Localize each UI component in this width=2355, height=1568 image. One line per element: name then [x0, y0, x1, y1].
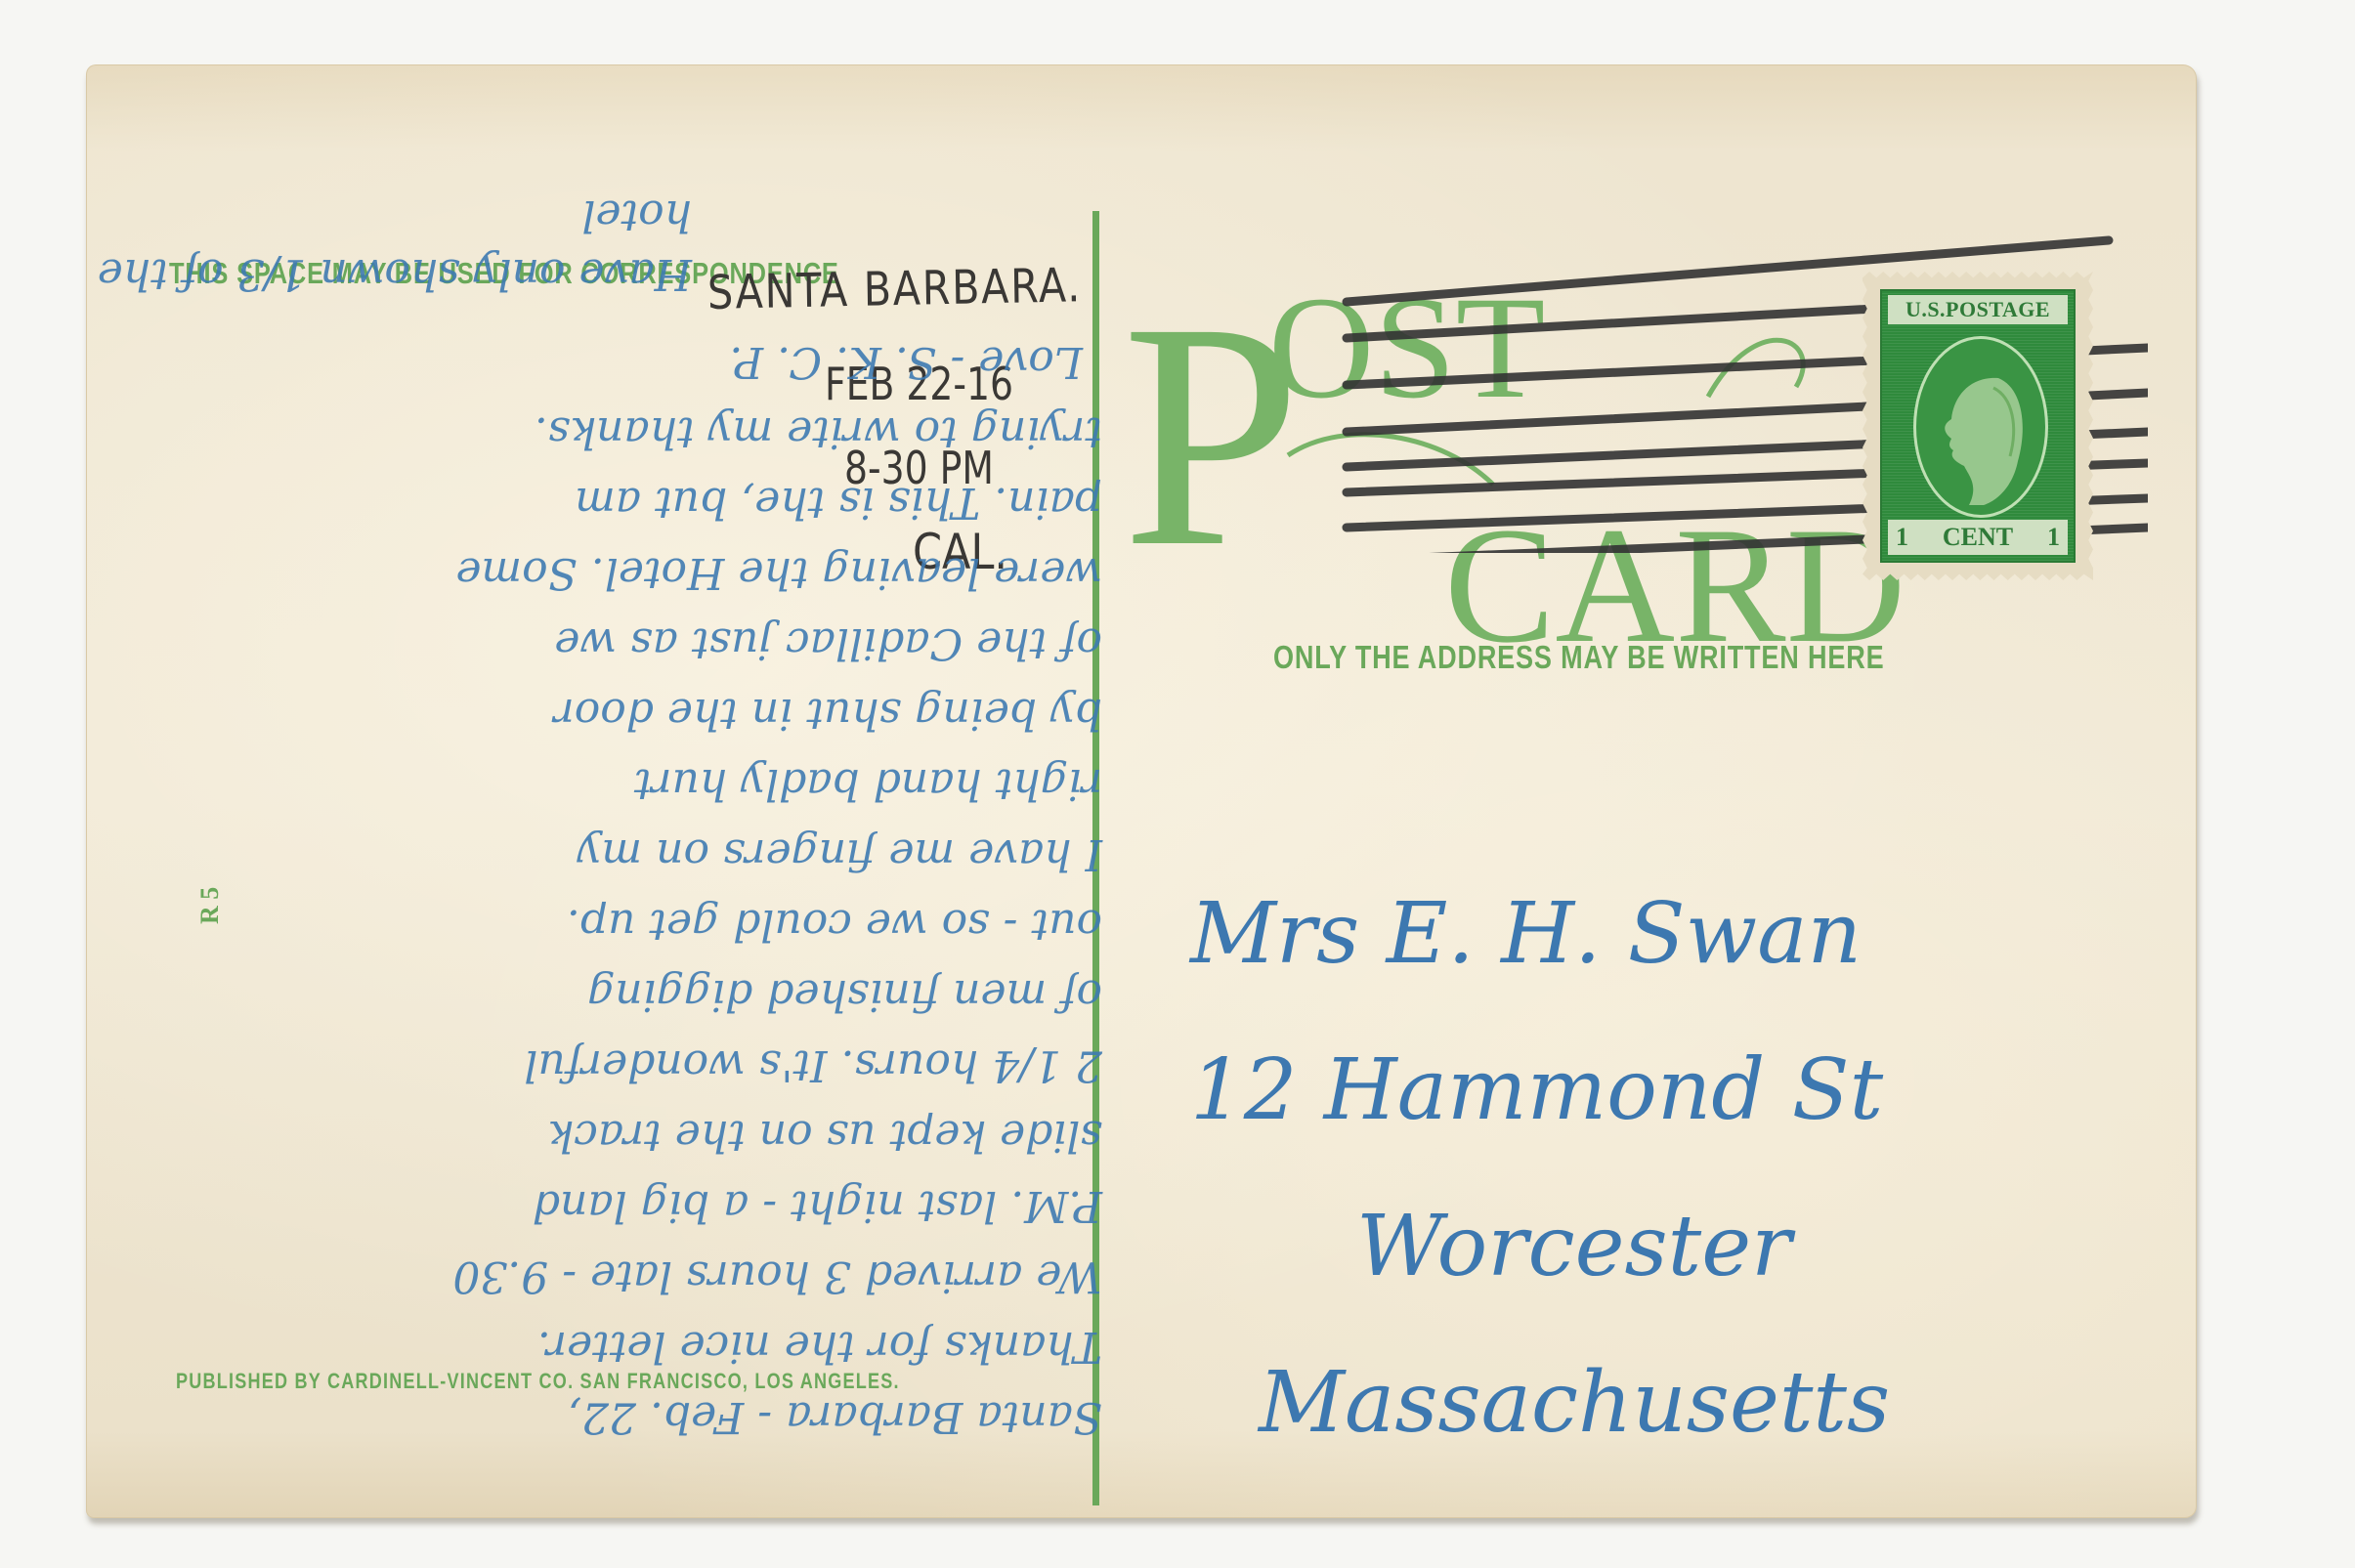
message-line: Santa Barbara - Feb. 22, — [568, 1392, 1102, 1442]
address-line: Mrs E. H. Swan — [1190, 885, 1862, 983]
message-line: Love - S. K. C. P. — [729, 337, 1083, 387]
message-line: slide kept us on the track — [548, 1111, 1102, 1161]
stamp-top-text: U.S.POSTAGE — [1888, 295, 2068, 324]
stamp-denomination: 1 CENT 1 — [1888, 520, 2068, 555]
message-line: of men finished digging — [587, 970, 1102, 1020]
address-line: Worcester — [1356, 1198, 1791, 1295]
message-line: P.M. last night - a big land — [533, 1181, 1102, 1231]
address-label: ONLY THE ADDRESS MAY BE WRITTEN HERE — [1273, 639, 1884, 676]
message-line: right hand badly hurt — [634, 759, 1102, 809]
message-line: trying to write my thanks. — [535, 407, 1102, 457]
message-line: hotel — [581, 191, 692, 240]
washington-portrait-icon — [1940, 368, 2028, 505]
message-line: of the Cadillac just as we — [554, 618, 1102, 668]
message-line: 2 1/4 hours. It's wonderful — [524, 1040, 1102, 1090]
message-line: were leaving the Hotel. Some — [455, 548, 1102, 598]
message-line: pain. This is the, but am — [575, 478, 1102, 528]
handwritten-message: Santa Barbara - Feb. 22,Thanks for the n… — [203, 162, 1102, 1462]
message-line: Thanks for the nice letter. — [537, 1322, 1102, 1372]
postcard: THIS SPACE MAY BE USED FOR CORRESPONDENC… — [86, 64, 2197, 1518]
message-line: We arrived 3 hours late - 9.30 — [452, 1251, 1102, 1301]
stamp-portrait-oval — [1913, 336, 2048, 518]
address-line: 12 Hammond St — [1190, 1041, 1883, 1139]
address-line: Massachusetts — [1259, 1354, 1890, 1452]
message-line: by being shut in the door — [554, 689, 1102, 739]
message-line: out - so we could get up. — [567, 900, 1102, 950]
postage-stamp: U.S.POSTAGE 1 CENT 1 — [1863, 272, 2093, 580]
message-line: I have me fingers on my — [578, 829, 1102, 879]
message-line: Have only shown 1/3 of the — [98, 249, 692, 299]
